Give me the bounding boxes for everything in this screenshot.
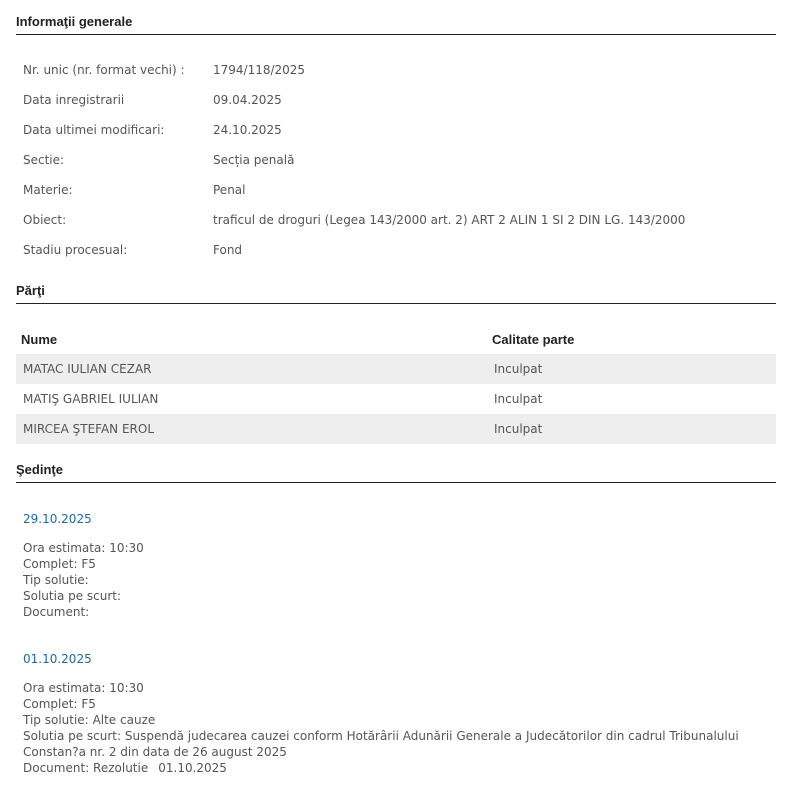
info-row-stadiu-procesual: Stadiu procesual: Fond — [16, 235, 776, 265]
hearing-solution-line-continued: Constan?a nr. 2 din data de 26 august 20… — [23, 744, 776, 760]
info-label: Obiect: — [16, 205, 206, 235]
hearing-time-label: Ora estimata: — [23, 541, 105, 555]
party-name: MATAC IULIAN CEZAR — [16, 354, 487, 384]
info-row-materie: Materie: Penal — [16, 175, 776, 205]
table-row: MATIŞ GABRIEL IULIAN Inculpat — [16, 384, 776, 414]
hearing-solution-line: Solutia pe scurt: Suspendă judecarea cau… — [23, 728, 776, 744]
document-label: Document: — [23, 605, 89, 619]
solution-summary-value: Suspendă judecarea cauzei conform Hotărâ… — [125, 729, 739, 743]
general-info-table: Nr. unic (nr. format vechi) : 1794/118/2… — [16, 55, 776, 265]
hearing-solution-type-line: Tip solutie: Alte cauze — [23, 712, 776, 728]
hearing-date: 29.10.2025 — [23, 510, 776, 528]
info-label: Nr. unic (nr. format vechi) : — [16, 55, 206, 85]
info-row-data-ultimei-modificari: Data ultimei modificari: 24.10.2025 — [16, 115, 776, 145]
hearing-panel-label: Complet: — [23, 557, 78, 571]
column-header-calitate-parte: Calitate parte — [487, 324, 776, 354]
section-title-informatii-generale: Informaţii generale — [16, 13, 776, 35]
info-row-sectie: Sectie: Secția penală — [16, 145, 776, 175]
document-label: Document: — [23, 761, 89, 775]
solution-summary-label: Solutia pe scurt: — [23, 589, 121, 603]
info-label: Data ultimei modificari: — [16, 115, 206, 145]
hearing-solution-line: Solutia pe scurt: — [23, 588, 776, 604]
info-value: 09.04.2025 — [206, 85, 776, 115]
info-label: Materie: — [16, 175, 206, 205]
info-value: Fond — [206, 235, 776, 265]
hearing-date: 01.10.2025 — [23, 650, 776, 668]
info-value: 1794/118/2025 — [206, 55, 776, 85]
hearing-time-label: Ora estimata: — [23, 681, 105, 695]
party-role: Inculpat — [487, 354, 776, 384]
table-row: MIRCEA ŞTEFAN EROL Inculpat — [16, 414, 776, 444]
hearing-time-value: 10:30 — [109, 541, 144, 555]
hearing-document-line: Document: — [23, 604, 776, 620]
solution-type-label: Tip solutie: — [23, 573, 89, 587]
solution-type-label: Tip solutie: — [23, 713, 89, 727]
document-date: 01.10.2025 — [158, 761, 227, 775]
solution-summary-label: Solutia pe scurt: — [23, 729, 121, 743]
parti-table: Nume Calitate parte MATAC IULIAN CEZAR I… — [16, 324, 776, 444]
hearing-panel-label: Complet: — [23, 697, 78, 711]
info-row-data-inregistrarii: Data inregistrarii 09.04.2025 — [16, 85, 776, 115]
info-label: Data inregistrarii — [16, 85, 206, 115]
hearing-entry: 01.10.2025 Ora estimata: 10:30 Complet: … — [23, 650, 776, 776]
hearing-time-line: Ora estimata: 10:30 — [23, 680, 776, 696]
info-label: Stadiu procesual: — [16, 235, 206, 265]
info-row-obiect: Obiect: traficul de droguri (Legea 143/2… — [16, 205, 776, 235]
hearing-panel-line: Complet: F5 — [23, 556, 776, 572]
hearing-panel-value: F5 — [81, 697, 96, 711]
party-role: Inculpat — [487, 414, 776, 444]
column-header-nume: Nume — [16, 324, 487, 354]
hearing-time-line: Ora estimata: 10:30 — [23, 540, 776, 556]
hearing-entry: 29.10.2025 Ora estimata: 10:30 Complet: … — [23, 510, 776, 620]
info-value: Secția penală — [206, 145, 776, 175]
info-label: Sectie: — [16, 145, 206, 175]
hearing-document-line: Document: Rezolutie01.10.2025 — [23, 760, 776, 776]
hearing-solution-type-line: Tip solutie: — [23, 572, 776, 588]
parti-header-row: Nume Calitate parte — [16, 324, 776, 354]
hearing-details: Ora estimata: 10:30 Complet: F5 Tip solu… — [23, 680, 776, 776]
hearing-panel-line: Complet: F5 — [23, 696, 776, 712]
section-title-sedinte: Şedinţe — [16, 461, 776, 483]
info-value: Penal — [206, 175, 776, 205]
hearing-details: Ora estimata: 10:30 Complet: F5 Tip solu… — [23, 540, 776, 620]
info-row-nr-unic: Nr. unic (nr. format vechi) : 1794/118/2… — [16, 55, 776, 85]
party-name: MATIŞ GABRIEL IULIAN — [16, 384, 487, 414]
hearing-time-value: 10:30 — [109, 681, 144, 695]
party-name: MIRCEA ŞTEFAN EROL — [16, 414, 487, 444]
info-value: 24.10.2025 — [206, 115, 776, 145]
info-value: traficul de droguri (Legea 143/2000 art.… — [206, 205, 776, 235]
section-title-parti: Părţi — [16, 282, 776, 304]
table-row: MATAC IULIAN CEZAR Inculpat — [16, 354, 776, 384]
party-role: Inculpat — [487, 384, 776, 414]
solution-type-value: Alte cauze — [93, 713, 156, 727]
hearing-panel-value: F5 — [81, 557, 96, 571]
document-value: Rezolutie — [93, 761, 148, 775]
